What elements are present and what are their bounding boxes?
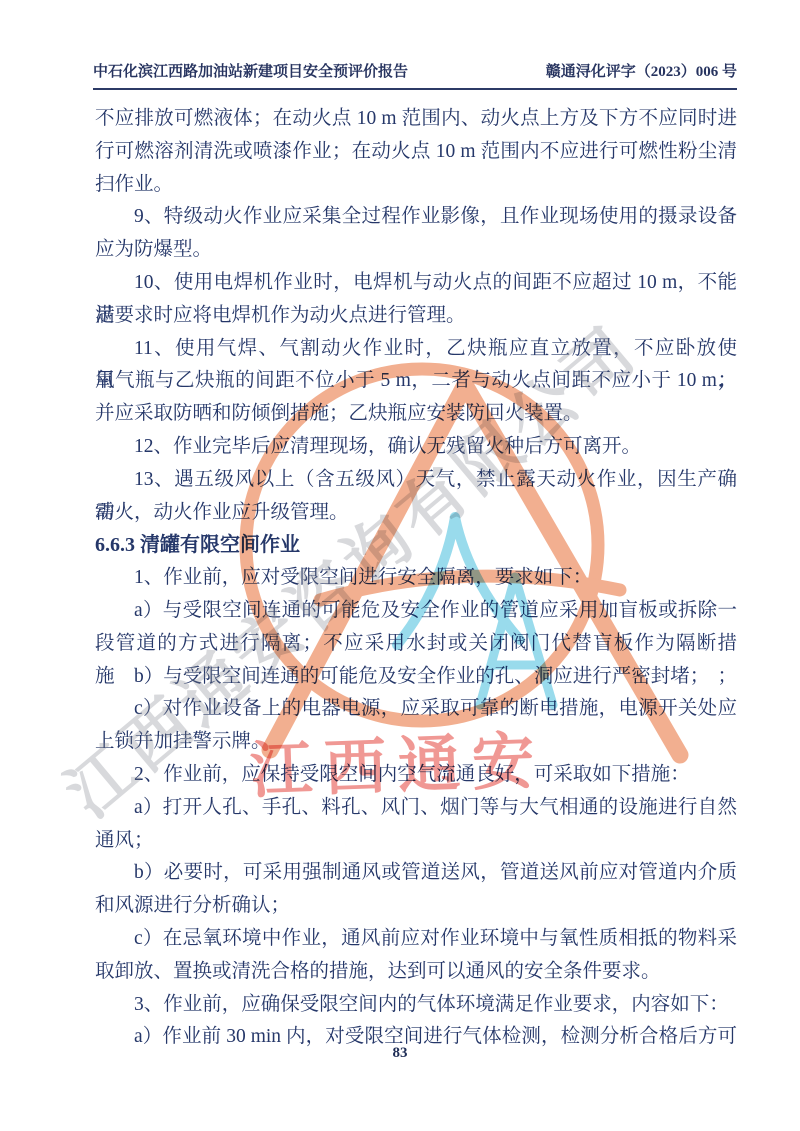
text-line: 不应排放可燃液体；在动火点 10 m 范围内、动火点上方及下方不应同时进 <box>95 103 737 136</box>
text-line: 通风； <box>95 825 737 858</box>
text-line: 足要求时应将电焊机作为动火点进行管理。 <box>95 300 737 333</box>
text-line: 取卸放、置换或清洗合格的措施，达到可以通风的安全条件要求。 <box>95 956 737 989</box>
text-line: 11、使用气焊、气割动火作业时，乙炔瓶应直立放置，不应卧放使用； <box>95 333 737 366</box>
text-line: 2、作业前，应保持受限空间内空气流通良好，可采取如下措施： <box>95 759 737 792</box>
body-text: 不应排放可燃液体；在动火点 10 m 范围内、动火点上方及下方不应同时进行可燃溶… <box>95 103 737 1054</box>
text-line: 3、作业前，应确保受限空间内的气体环境满足作业要求，内容如下： <box>95 989 737 1022</box>
text-line: 10、使用电焊机作业时，电焊机与动火点的间距不应超过 10 m，不能满 <box>95 267 737 300</box>
text-line: 9、特级动火作业应采集全过程作业影像，且作业现场使用的摄录设备 <box>95 201 737 234</box>
text-line: a）与受限空间连通的可能危及安全作业的管道应采用加盲板或拆除一 <box>95 595 737 628</box>
text-line: c）在忌氧环境中作业，通风前应对作业环境中与氧性质相抵的物料采 <box>95 923 737 956</box>
text-line: a）打开人孔、手孔、料孔、风门、烟门等与大气相通的设施进行自然 <box>95 792 737 825</box>
text-line: b）必要时，可采用强制通风或管道送风，管道送风前应对管道内介质 <box>95 857 737 890</box>
text-line: 1、作业前，应对受限空间进行安全隔离，要求如下： <box>95 562 737 595</box>
text-line: 应为防爆型。 <box>95 234 737 267</box>
text-line: 和风源进行分析确认； <box>95 890 737 923</box>
text-line: 段管道的方式进行隔离；不应采用水封或关闭阀门代替盲板作为隔断措施； <box>95 628 737 661</box>
text-line: b）与受限空间连通的可能危及安全作业的孔、洞应进行严密封堵； <box>95 661 737 694</box>
text-line: 氧气瓶与乙炔瓶的间距不位小于 5 m，二者与动火点间距不应小于 10 m， <box>95 365 737 398</box>
section-heading: 6.6.3 清罐有限空间作业 <box>95 529 737 562</box>
text-line: 动火，动火作业应升级管理。 <box>95 497 737 530</box>
header-report-title: 中石化滨江西路加油站新建项目安全预评价报告 <box>93 60 408 81</box>
page-number: 83 <box>0 1045 800 1062</box>
document-page: 中石化滨江西路加油站新建项目安全预评价报告 赣通浔化评字（2023）006 号 … <box>0 0 800 1131</box>
text-line: 扫作业。 <box>95 169 737 202</box>
text-line: 上锁并加挂警示牌。 <box>95 726 737 759</box>
page-header: 中石化滨江西路加油站新建项目安全预评价报告 赣通浔化评字（2023）006 号 <box>93 60 737 90</box>
text-line: c）对作业设备上的电器电源，应采取可靠的断电措施，电源开关处应 <box>95 693 737 726</box>
text-line: 12、作业完毕后应清理现场，确认无残留火种后方可离开。 <box>95 431 737 464</box>
header-document-number: 赣通浔化评字（2023）006 号 <box>546 60 737 81</box>
text-line: 并应采取防晒和防倾倒措施；乙炔瓶应安装防回火装置。 <box>95 398 737 431</box>
text-line: 13、遇五级风以上（含五级风）天气，禁止露天动火作业，因生产确需 <box>95 464 737 497</box>
text-line: 行可燃溶剂清洗或喷漆作业；在动火点 10 m 范围内不应进行可燃性粉尘清 <box>95 136 737 169</box>
